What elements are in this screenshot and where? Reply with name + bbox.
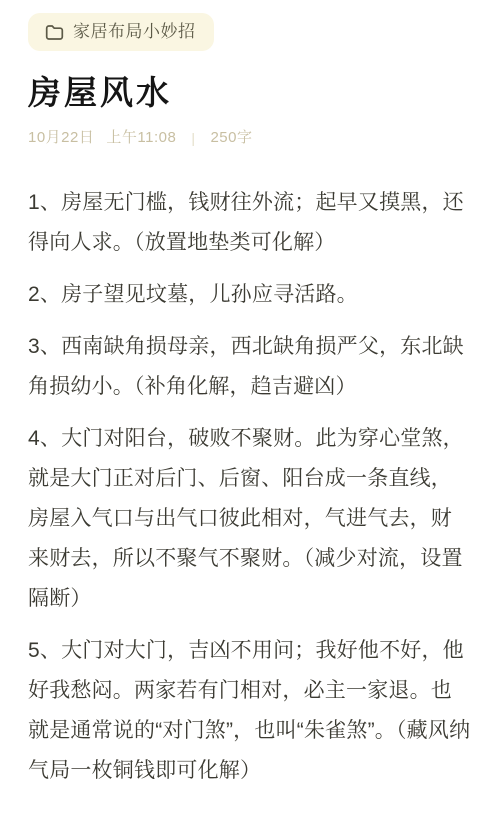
note-paragraph-4[interactable]: 4、大门对阳台，破败不聚财。此为穿心堂煞，就是大门正对后门、后窗、阳台成一条直线…	[28, 419, 472, 619]
note-title[interactable]: 房屋风水	[28, 71, 472, 115]
note-paragraph-3[interactable]: 3、西南缺角损母亲，西北缺角损严父，东北缺角损幼小。（补角化解，趋吉避凶）	[28, 327, 472, 407]
note-body[interactable]: 1、房屋无门槛，钱财往外流；起早又摸黑，还得向人求。（放置地垫类可化解） 2、房…	[28, 183, 472, 791]
note-meta: 10月22日 上午11:08 | 250字	[28, 128, 472, 148]
note-paragraph-5[interactable]: 5、大门对大门，吉凶不用问；我好他不好，他好我愁闷。两家若有门相对，必主一家退。…	[28, 631, 472, 791]
note-paragraph-2[interactable]: 2、房子望见坟墓，儿孙应寻活路。	[28, 275, 472, 315]
meta-date: 10月22日	[28, 128, 94, 148]
folder-icon	[45, 24, 64, 41]
meta-time: 上午11:08	[106, 128, 176, 148]
category-badge[interactable]: 家居布局小妙招	[28, 13, 214, 51]
category-label: 家居布局小妙招	[73, 22, 196, 42]
meta-divider: |	[191, 128, 195, 148]
meta-word-count: 250字	[210, 128, 252, 148]
note-page: 家居布局小妙招 房屋风水 10月22日 上午11:08 | 250字 1、房屋无…	[0, 0, 500, 819]
note-paragraph-1[interactable]: 1、房屋无门槛，钱财往外流；起早又摸黑，还得向人求。（放置地垫类可化解）	[28, 183, 472, 263]
